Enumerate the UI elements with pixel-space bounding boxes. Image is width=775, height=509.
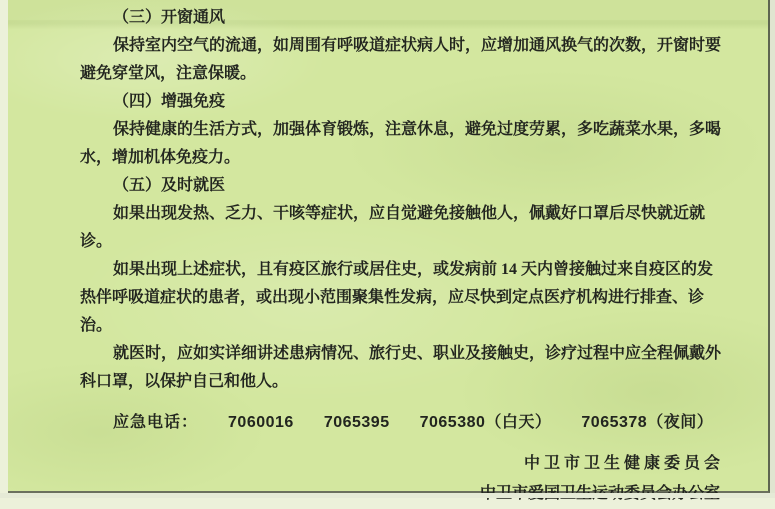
scan-edge-bottom xyxy=(0,493,775,498)
signature-health-commission: 中 卫 市 卫 生 健 康 委 员 会 xyxy=(80,449,720,479)
section-heading-seek-treatment: （五）及时就医 xyxy=(80,172,728,200)
section-heading-ventilation: （三）开窗通风 xyxy=(80,4,728,32)
emergency-phone-number-1: 7060016 xyxy=(228,409,294,437)
section-heading-immunity: （四）增强免疫 xyxy=(80,88,728,116)
notice-body: （三）开窗通风 保持室内空气的流通，如周围有呼吸道症状病人时，应增加通风换气的次… xyxy=(80,4,728,498)
scan-edge-right xyxy=(770,0,775,498)
paragraph-travel-history: 如果出现上述症状，且有疫区旅行或居住史，或发病前 14 天内曾接触过来自疫区的发… xyxy=(80,256,728,340)
emergency-phone-number-night: 7065378（夜间） xyxy=(581,409,713,437)
paragraph-medical-visit: 就医时，应如实详细讲述患病情况、旅行史、职业及接触史，诊疗过程中应全程佩戴外科口… xyxy=(80,340,728,396)
scanned-notice-page: （三）开窗通风 保持室内空气的流通，如周围有呼吸道症状病人时，应增加通风换气的次… xyxy=(8,0,770,493)
emergency-phone-number-2: 7065395 xyxy=(324,409,390,437)
emergency-phone-label: 应急电话： xyxy=(113,409,198,437)
emergency-phone-number-day: 7065380（白天） xyxy=(420,409,552,437)
paragraph-immunity: 保持健康的生活方式，加强体育锻炼，注意休息，避免过度劳累，多吃蔬菜水果，多喝水，… xyxy=(80,116,728,172)
paragraph-ventilation: 保持室内空气的流通，如周围有呼吸道症状病人时，应增加通风换气的次数，开窗时要避免… xyxy=(80,32,728,88)
signature-block: 中 卫 市 卫 生 健 康 委 员 会 中卫市爱国卫生运动委员会办公室 xyxy=(80,449,728,498)
emergency-phone-line: 应急电话： 7060016 7065395 7065380（白天） 706537… xyxy=(80,409,728,437)
paragraph-symptoms: 如果出现发热、乏力、干咳等症状，应自觉避免接触他人，佩戴好口罩后尽快就近就诊。 xyxy=(80,200,728,256)
